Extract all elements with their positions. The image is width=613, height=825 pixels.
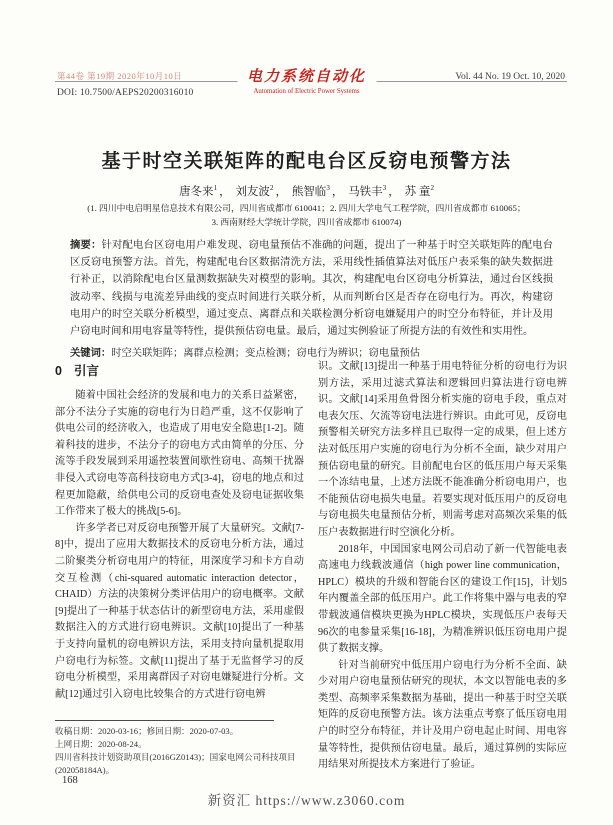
- volume-info: Vol. 44 No. 19 Oct. 10, 2020: [455, 72, 565, 82]
- paragraph: 针对当前研究中低压用户窃电行为分析不全面、缺少对用户窃电量预估研究的现状，本文以…: [318, 658, 567, 774]
- abstract-label: 摘要：: [70, 240, 102, 251]
- author: 刘友波2，: [235, 186, 289, 198]
- left-column-body: 0引言 随着中国社会经济的发展和电力的关系日益紧密，部分不法分子实施的窃电行为日…: [55, 359, 304, 723]
- abstract: 摘要：针对配电台区窃电用户难发现、窃电量预估不准确的问题，提出了一种基于时空关联…: [70, 237, 553, 340]
- paragraph: 许多学者已对反窃电预警开展了大量研究。文献[7-8]中，提出了应用大数据技术的反…: [55, 521, 304, 704]
- paragraph: 2018年，中国国家电网公司启动了新一代智能电表高速电力线载波通信（high p…: [318, 542, 567, 658]
- author: 唐冬来1，: [179, 186, 233, 198]
- keywords-text: 时空关联矩阵；离群点检测；变点检测；窃电行为辨识；窃电量预估: [111, 348, 420, 359]
- paragraph: 随着中国社会经济的发展和电力的关系日益紧密，部分不法分子实施的窃电行为日趋严重，…: [55, 388, 304, 521]
- footnote-block: 收稿日期：2020-03-16；修回日期：2020-07-03。 上网日期：20…: [55, 715, 304, 777]
- issue-info: 第44卷 第19期 2020年10月10日: [57, 70, 182, 82]
- section-title: 引言: [74, 364, 99, 378]
- page-title: 基于时空关联矩阵的配电台区反窃电预警方法: [0, 146, 613, 173]
- keywords-label: 关键词：: [70, 348, 111, 359]
- journal-name-cn: 电力系统自动化: [247, 65, 366, 86]
- section-heading-introduction: 0引言: [55, 361, 304, 379]
- footnote-funding: 四川省科技计划资助项目(2016GZ0143)；国家电网公司科技项目(20205…: [55, 751, 304, 777]
- author: 马铁丰3，: [348, 186, 402, 198]
- right-column: 识。文献[13]提出一种基于用电特征分析的窃电行为识别方法，采用过滤式算法和逻辑…: [318, 359, 567, 777]
- paragraph: 识。文献[13]提出一种基于用电特征分析的窃电行为识别方法，采用过滤式算法和逻辑…: [318, 359, 567, 542]
- author-line: 唐冬来1， 刘友波2， 熊智临3， 马铁丰3， 苏 童2: [0, 183, 613, 199]
- author: 熊智临3，: [292, 186, 346, 198]
- journal-logo: 电力系统自动化 Automation of Electric Power Sys…: [237, 65, 376, 95]
- footnote-divider: [55, 720, 274, 721]
- watermark: 新资汇 https://www.z3060.com: [0, 789, 613, 809]
- footnote-online-date: 上网日期：2020-08-24。: [55, 738, 304, 751]
- section-number: 0: [55, 364, 62, 378]
- affiliation-line: 3. 西南财经大学统计学院，四川省成都市 610074): [0, 216, 613, 230]
- body-columns: 0引言 随着中国社会经济的发展和电力的关系日益紧密，部分不法分子实施的窃电行为日…: [55, 359, 567, 777]
- affiliation-line: (1. 四川中电启明星信息技术有限公司，四川省成都市 610041；2. 四川大…: [0, 202, 613, 216]
- footnote-received-date: 收稿日期：2020-03-16；修回日期：2020-07-03。: [55, 725, 304, 738]
- doi: DOI: 10.7500/AEPS20200316010: [57, 88, 194, 98]
- abstract-block: 摘要：针对配电台区窃电用户难发现、窃电量预估不准确的问题，提出了一种基于时空关联…: [70, 237, 553, 362]
- page-number: 168: [62, 775, 78, 786]
- affiliations: (1. 四川中电启明星信息技术有限公司，四川省成都市 610041；2. 四川大…: [0, 202, 613, 229]
- author: 苏 童2: [405, 186, 434, 198]
- abstract-text: 针对配电台区窃电用户难发现、窃电量预估不准确的问题，提出了一种基于时空关联矩阵的…: [70, 240, 553, 337]
- left-column: 0引言 随着中国社会经济的发展和电力的关系日益紧密，部分不法分子实施的窃电行为日…: [55, 359, 304, 777]
- journal-name-en: Automation of Electric Power Systems: [247, 88, 366, 95]
